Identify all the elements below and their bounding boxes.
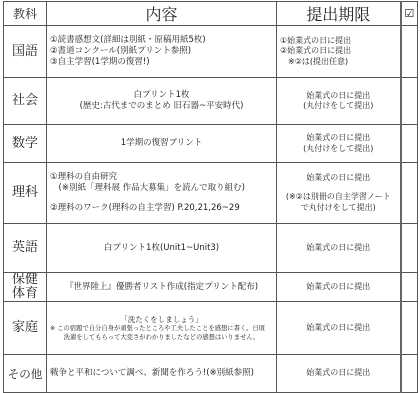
deadline-line: ※②は(提出任意) — [280, 57, 400, 68]
content-line: 1学期の復習プリント — [50, 138, 273, 149]
check-box[interactable] — [401, 163, 418, 224]
content-cell: ①読書感想文(詳細は別紙・原稿用紙5枚) ②書道コンクール(別紙プリント参照) … — [47, 26, 277, 78]
deadline-line: ①始業式の日に提出 — [280, 36, 400, 47]
content-line: ②理科のワーク(理科の自主学習) P.20,21,26~29 — [50, 203, 273, 214]
deadline-line: 始業式の日に提出 — [277, 91, 400, 102]
deadline-cell: 始業式の日に提出 — [277, 355, 401, 390]
deadline-cell: 始業式の日に提出 (丸付けをして提出) — [277, 125, 401, 163]
deadline-line: 始業式の日に提出 — [277, 282, 400, 293]
deadline-line: (丸付けをして提出) — [277, 101, 400, 112]
deadline-cell: 始業式の日に提出 (丸付けをして提出) — [277, 78, 401, 125]
content-line: 戦争と平和について調べ、新聞を作ろう!(※別紙参照) — [50, 368, 273, 379]
deadline-cell: 始業式の日に提出 — [277, 302, 401, 355]
header-subject: 教科 — [4, 2, 47, 26]
table-row-japanese: 国語 ①読書感想文(詳細は別紙・原稿用紙5枚) ②書道コンクール(別紙プリント参… — [4, 26, 418, 78]
subject-line: 体育 — [4, 287, 46, 301]
content-line: 白プリント1枚(Unit1~Unit3) — [50, 243, 273, 254]
table-row-math: 数学 1学期の復習プリント 始業式の日に提出 (丸付けをして提出) — [4, 125, 418, 163]
content-cell: ①理科の自由研究 (※別紙「理科展 作品大募集」を読んで取り組む) ②理科のワー… — [47, 163, 277, 224]
content-line: (※別紙「理科展 作品大募集」を読んで取り組む) — [50, 183, 273, 194]
check-box[interactable] — [401, 26, 418, 78]
subject-cell: 数学 — [4, 125, 47, 163]
deadline-cell: ①始業式の日に提出 ②始業式の日に提出 ※②は(提出任意) — [277, 26, 401, 78]
content-cell: 戦争と平和について調べ、新聞を作ろう!(※別紙参照) — [47, 355, 277, 390]
content-cell: 『世界陸上』優勝者リスト作成(指定プリント配布) — [47, 273, 277, 302]
check-box[interactable] — [401, 78, 418, 125]
subject-cell: 家庭 — [4, 302, 47, 355]
content-note: 洗濯をしてもらって大変さがわかりましたなどの感想はいりません。 — [50, 334, 273, 343]
subject-cell: 理科 — [4, 163, 47, 224]
table-row-home-economics: 家庭 「洗たくをしましょう」 ※ この宿題で自分自身が頑張ったところや工夫したこ… — [4, 302, 418, 355]
subject-cell: 保健 体育 — [4, 273, 47, 302]
header-check-icon: ☑ — [401, 2, 418, 26]
content-cell: 「洗たくをしましょう」 ※ この宿題で自分自身が頑張ったところや工夫したことを感… — [47, 302, 277, 355]
content-line: ①読書感想文(詳細は別紙・原稿用紙5枚) — [50, 35, 273, 46]
subject-line: 保健 — [4, 273, 46, 287]
subject-cell: 英語 — [4, 224, 47, 273]
subject-cell: その他 — [4, 355, 47, 390]
header-deadline: 提出期限 — [277, 2, 401, 26]
table-row-other: その他 戦争と平和について調べ、新聞を作ろう!(※別紙参照) 始業式の日に提出 — [4, 355, 418, 390]
homework-table: 教科 内容 提出期限 ☑ 国語 ①読書感想文(詳細は別紙・原稿用紙5枚) ②書道… — [3, 1, 418, 389]
subject-cell: 社会 — [4, 78, 47, 125]
header-content: 内容 — [47, 2, 277, 26]
content-title: 「洗たくをしましょう」 — [50, 314, 273, 325]
deadline-line: 始業式の日に提出 — [277, 133, 400, 144]
check-box[interactable] — [401, 125, 418, 163]
content-line: ②書道コンクール(別紙プリント参照) — [50, 46, 273, 57]
content-line: 白プリント1枚 — [50, 90, 273, 101]
content-cell: 1学期の復習プリント — [47, 125, 277, 163]
deadline-line: 始業式の日に提出 — [277, 368, 400, 379]
content-cell: 白プリント1枚(Unit1~Unit3) — [47, 224, 277, 273]
deadline-line: 始業式の日に提出 — [277, 243, 400, 254]
check-box[interactable] — [401, 273, 418, 302]
header-row: 教科 内容 提出期限 ☑ — [4, 2, 418, 26]
content-line: ①理科の自由研究 — [50, 172, 273, 183]
deadline-line: (※②は別冊の自主学習ノート — [277, 192, 400, 203]
deadline-cell: 始業式の日に提出 (※②は別冊の自主学習ノート で丸付けをして提出) — [277, 163, 401, 224]
table-row-english: 英語 白プリント1枚(Unit1~Unit3) 始業式の日に提出 — [4, 224, 418, 273]
check-box[interactable] — [401, 355, 418, 390]
content-note: ※ この宿題で自分自身が頑張ったところや工夫したことを感想に書く。日頃 — [50, 325, 273, 334]
content-line: ③自主学習(1学期の復習!) — [50, 57, 273, 68]
subject-cell: 国語 — [4, 26, 47, 78]
deadline-line: 始業式の日に提出 — [277, 173, 400, 184]
content-line: 『世界陸上』優勝者リスト作成(指定プリント配布) — [50, 282, 273, 293]
table-row-science: 理科 ①理科の自由研究 (※別紙「理科展 作品大募集」を読んで取り組む) ②理科… — [4, 163, 418, 224]
content-cell: 白プリント1枚 (歴史:古代までのまとめ 旧石器~平安時代) — [47, 78, 277, 125]
content-line: (歴史:古代までのまとめ 旧石器~平安時代) — [50, 101, 273, 112]
check-box[interactable] — [401, 224, 418, 273]
deadline-line: (丸付けをして提出) — [277, 144, 400, 155]
deadline-line: 始業式の日に提出 — [277, 323, 400, 334]
table-row-social-studies: 社会 白プリント1枚 (歴史:古代までのまとめ 旧石器~平安時代) 始業式の日に… — [4, 78, 418, 125]
table-row-health-pe: 保健 体育 『世界陸上』優勝者リスト作成(指定プリント配布) 始業式の日に提出 — [4, 273, 418, 302]
deadline-cell: 始業式の日に提出 — [277, 273, 401, 302]
deadline-cell: 始業式の日に提出 — [277, 224, 401, 273]
deadline-line: ②始業式の日に提出 — [280, 46, 400, 57]
check-box[interactable] — [401, 302, 418, 355]
deadline-line: で丸付けをして提出) — [277, 203, 400, 214]
